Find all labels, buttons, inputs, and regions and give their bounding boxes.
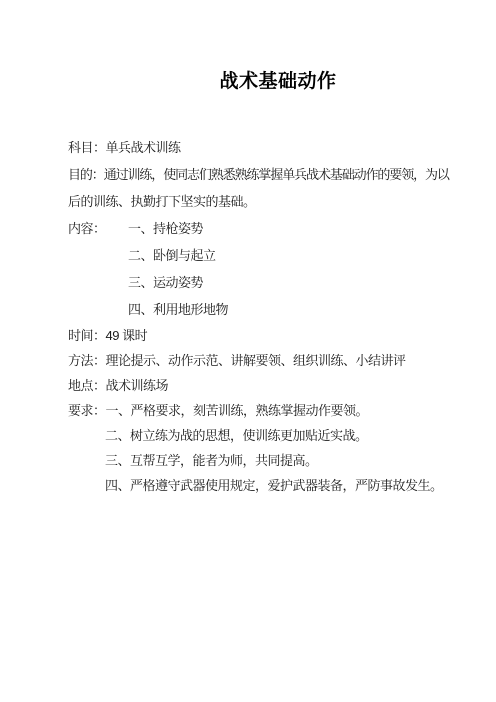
document-title: 战术基础动作 [0,0,496,94]
requirement-item-2: 二、树立练为战的思想，使训练更加贴近实战。 [68,423,456,448]
purpose-line-2: 后的训练、执勤打下坚实的基础。 [68,188,456,215]
content-item-4: 四、利用地形地物 [68,296,456,323]
content-item-2: 二、卧倒与起立 [68,242,456,269]
content-line-1: 内容：一、持枪姿势 [68,215,456,242]
document-body: 科目：单兵战术训练 目的：通过训练，使同志们熟悉熟练掌握单兵战术基础动作的要领，… [0,134,496,498]
method-line: 方法：理论提示、动作示范、讲解要领、组织训练、小结讲评 [68,348,456,373]
subject-line: 科目：单兵战术训练 [68,134,456,161]
time-line: 时间：49 课时 [68,323,456,348]
content-label: 内容： [68,215,128,242]
purpose-line-1: 目的：通过训练，使同志们熟悉熟练掌握单兵战术基础动作的要领，为以 [68,161,456,188]
location-line: 地点：战术训练场 [68,373,456,398]
requirement-item-3: 三、互帮互学，能者为师，共同提高。 [68,448,456,473]
requirement-item-1: 要求：一、严格要求，刻苦训练，熟练掌握动作要领。 [68,398,456,423]
content-item-3: 三、运动姿势 [68,269,456,296]
requirement-item-4: 四、严格遵守武器使用规定，爱护武器装备，严防事故发生。 [68,473,456,498]
document-page: 战术基础动作 科目：单兵战术训练 目的：通过训练，使同志们熟悉熟练掌握单兵战术基… [0,0,496,702]
content-item-1: 一、持枪姿势 [128,221,203,236]
